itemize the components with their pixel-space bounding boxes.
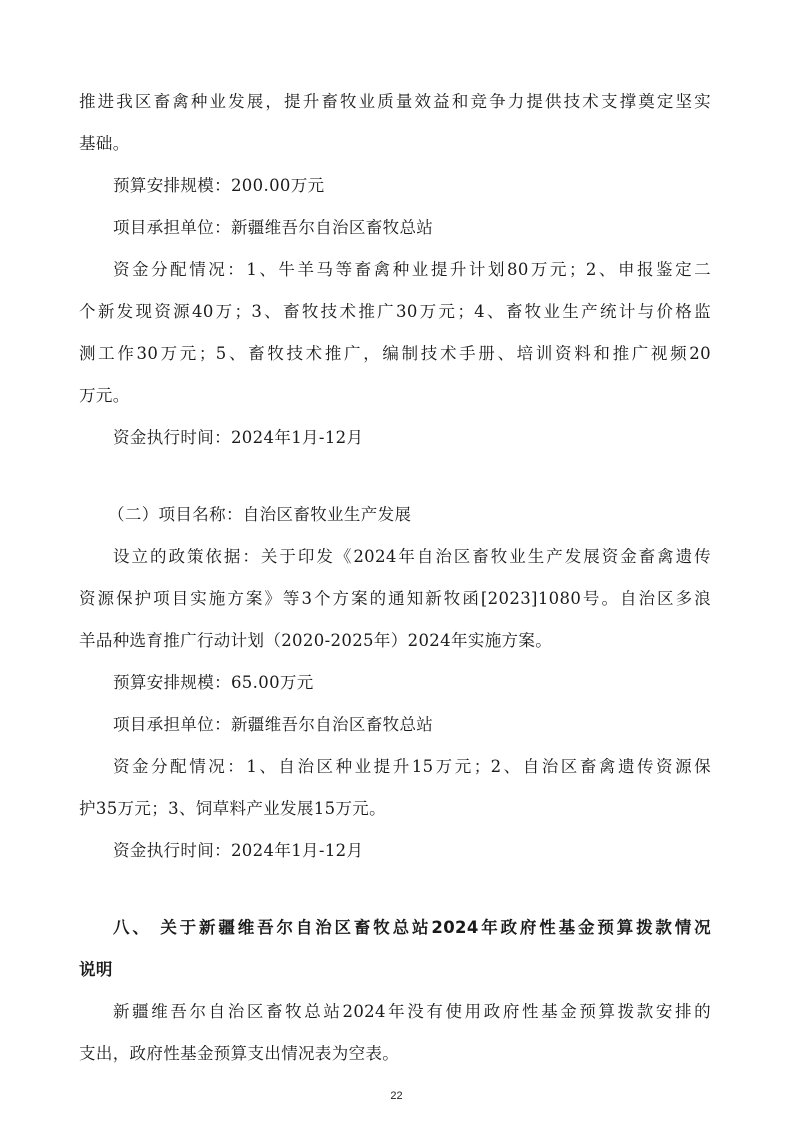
budget-scale: 预算安排规模：65.00万元 [113, 673, 711, 693]
responsible-unit: 项目承担单位：新疆维吾尔自治区畜牧总站 [113, 715, 711, 735]
allocation-line: 个新发现资源40万；3、畜牧技术推广30万元；4、畜牧业生产统计与价格监 [79, 302, 711, 322]
allocation-line: 资金分配情况：1、自治区种业提升15万元；2、自治区畜禽遗传资源保 [113, 757, 711, 777]
section-body-line: 新疆维吾尔自治区畜牧总站2024年没有使用政府性基金预算拨款安排的 [113, 1002, 711, 1022]
allocation-line: 资金分配情况：1、牛羊马等畜禽种业提升计划80万元；2、申报鉴定二 [113, 260, 711, 280]
document-page: 推进我区畜禽种业发展，提升畜牧业质量效益和竞争力提供技术支撑奠定坚实 基础。 预… [0, 0, 793, 1122]
allocation-line: 万元。 [79, 386, 711, 406]
section-body-line: 支出，政府性基金预算支出情况表为空表。 [79, 1044, 711, 1064]
budget-scale: 预算安排规模：200.00万元 [113, 176, 711, 196]
paragraph-intro-line: 基础。 [79, 134, 711, 154]
section-heading: 八、 关于新疆维吾尔自治区畜牧总站2024年政府性基金预算拨款情况 [113, 918, 711, 938]
responsible-unit: 项目承担单位：新疆维吾尔自治区畜牧总站 [113, 218, 711, 238]
section-heading: 说明 [79, 960, 711, 980]
policy-basis-line: 羊品种选育推广行动计划（2020-2025年）2024年实施方案。 [79, 631, 711, 651]
execution-time: 资金执行时间：2024年1月-12月 [113, 841, 711, 861]
allocation-line: 测工作30万元；5、畜牧技术推广，编制技术手册、培训资料和推广视频20 [79, 344, 711, 364]
policy-basis-line: 资源保护项目实施方案》等3个方案的通知新牧函[2023]1080号。自治区多浪 [79, 589, 711, 609]
paragraph-intro-line: 推进我区畜禽种业发展，提升畜牧业质量效益和竞争力提供技术支撑奠定坚实 [79, 92, 711, 112]
allocation-line: 护35万元；3、饲草料产业发展15万元。 [79, 799, 711, 819]
project-title: （二）项目名称：自治区畜牧业生产发展 [108, 505, 706, 525]
policy-basis-line: 设立的政策依据：关于印发《2024年自治区畜牧业生产发展资金畜禽遗传 [113, 547, 711, 567]
page-number: 22 [0, 1090, 793, 1102]
execution-time: 资金执行时间：2024年1月-12月 [113, 428, 711, 448]
